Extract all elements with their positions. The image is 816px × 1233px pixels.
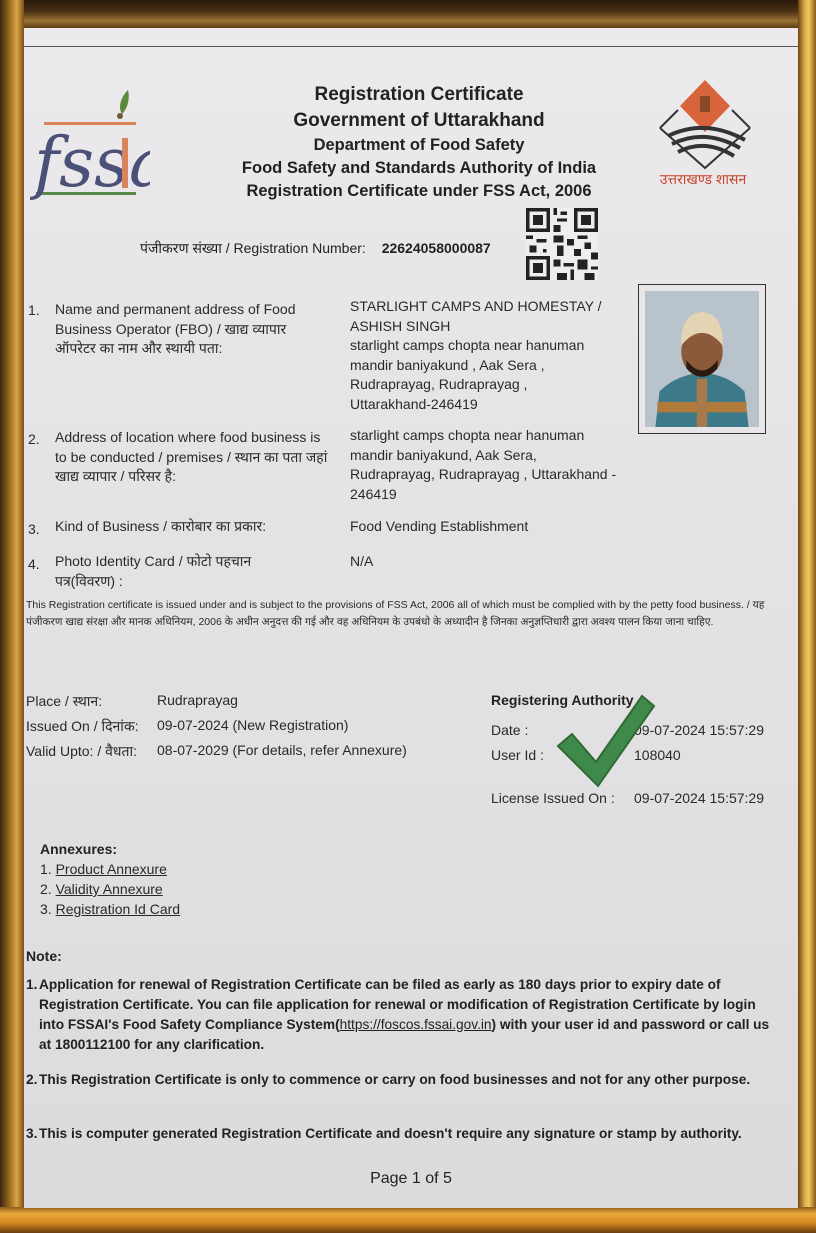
valid-upto-value: 08-07-2029 (For details, refer Annexure): [157, 742, 407, 758]
annexure-number: 2.: [40, 881, 52, 897]
annexure-item: 3. Registration Id Card: [40, 901, 180, 917]
authority-date-label: Date :: [491, 722, 528, 738]
fssai-logo-icon: fssai: [30, 88, 150, 203]
premises-line: Rudraprayag, Rudraprayag , Uttarakhand -: [350, 465, 645, 485]
registration-number-row: पंजीकरण संख्या / Registration Number: 22…: [140, 239, 491, 258]
note-3: 3. This is computer generated Registrati…: [26, 1124, 776, 1144]
field-2-label: Address of location where food business …: [55, 428, 330, 487]
field-1-value: STARLIGHT CAMPS AND HOMESTAY / ASHISH SI…: [350, 297, 645, 414]
premises-line: 246419: [350, 485, 645, 505]
frame-top-edge: [0, 0, 816, 28]
premises-line: mandir baniyakund, Aak Sera,: [350, 446, 645, 466]
note-2-text: This Registration Certificate is only to…: [39, 1070, 776, 1090]
field-3-number: 3.: [28, 521, 40, 537]
place-value: Rudraprayag: [157, 692, 238, 708]
fbo-name-line: STARLIGHT CAMPS AND HOMESTAY /: [350, 297, 645, 317]
user-id-label: User Id :: [491, 747, 544, 763]
annexure-number: 1.: [40, 861, 52, 877]
note-3-text: This is computer generated Registration …: [39, 1124, 776, 1144]
act-reference: Registration Certificate under FSS Act, …: [174, 182, 664, 201]
note-2: 2. This Registration Certificate is only…: [26, 1070, 776, 1090]
government-name: Government of Uttarakhand: [174, 110, 664, 132]
premises-line: starlight camps chopta near hanuman: [350, 426, 645, 446]
annexure-item: 2. Validity Annexure: [40, 881, 163, 897]
frame-left-edge: [0, 0, 24, 1233]
field-2-value: starlight camps chopta near hanuman mand…: [350, 426, 645, 504]
person-photo-icon: [645, 291, 759, 427]
address-line: Uttarakhand-246419: [350, 395, 645, 415]
department-name: Department of Food Safety: [174, 136, 664, 155]
valid-upto-label: Valid Upto: / वैधता:: [26, 742, 137, 761]
issued-on-value: 09-07-2024 (New Registration): [157, 717, 348, 733]
field-4-number: 4.: [28, 556, 40, 572]
frame-right-edge: [798, 0, 816, 1233]
page-top-rule: [24, 46, 798, 47]
annexure-number: 3.: [40, 901, 52, 917]
registration-id-card-link[interactable]: Registration Id Card: [56, 901, 181, 917]
address-line: starlight camps chopta near hanuman: [350, 336, 645, 356]
validity-annexure-link[interactable]: Validity Annexure: [56, 881, 163, 897]
license-issued-value: 09-07-2024 15:57:29: [634, 790, 764, 806]
address-line: Rudraprayag, Rudraprayag ,: [350, 375, 645, 395]
issued-on-label: Issued On / दिनांक:: [26, 717, 139, 736]
field-1-number: 1.: [28, 302, 40, 318]
qr-code-icon[interactable]: [526, 208, 598, 280]
fbo-owner-line: ASHISH SINGH: [350, 317, 645, 337]
annexure-item: 1. Product Annexure: [40, 861, 167, 877]
field-4-value: N/A: [350, 552, 645, 572]
disclaimer-text: This Registration certificate is issued …: [26, 597, 766, 631]
note-1: 1. Application for renewal of Registrati…: [26, 975, 776, 1055]
foscos-link[interactable]: https://foscos.fssai.gov.in: [340, 1017, 492, 1032]
authority-name: Food Safety and Standards Authority of I…: [174, 159, 664, 178]
certificate-title: Registration Certificate: [174, 84, 664, 106]
field-1-label: Name and permanent address of Food Busin…: [55, 300, 330, 359]
registration-number-label: पंजीकरण संख्या / Registration Number:: [140, 240, 366, 256]
place-label: Place / स्थान:: [26, 692, 102, 711]
address-line: mandir baniyakund , Aak Sera ,: [350, 356, 645, 376]
field-3-value: Food Vending Establishment: [350, 517, 645, 537]
fbo-photo: [638, 284, 766, 434]
frame-bottom-edge: [0, 1207, 816, 1233]
page-number: Page 1 of 5: [24, 1170, 798, 1188]
green-checkmark-icon: [556, 694, 656, 790]
certificate-page: fssai Registration Certificate Governmen…: [24, 28, 798, 1208]
field-3-label: Kind of Business / कारोबार का प्रकार:: [55, 517, 330, 537]
registration-number-value: 22624058000087: [382, 240, 491, 256]
note-heading: Note:: [26, 948, 62, 964]
annexures-heading: Annexures:: [40, 841, 117, 857]
product-annexure-link[interactable]: Product Annexure: [56, 861, 167, 877]
svg-text:fssai: fssai: [30, 124, 150, 203]
field-2-number: 2.: [28, 431, 40, 447]
license-issued-label: License Issued On :: [491, 790, 615, 806]
field-4-label: Photo Identity Card / फोटो पहचान पत्र(वि…: [55, 552, 285, 591]
uttarakhand-shasan-caption: उत्तराखण्ड शासन: [628, 170, 778, 189]
